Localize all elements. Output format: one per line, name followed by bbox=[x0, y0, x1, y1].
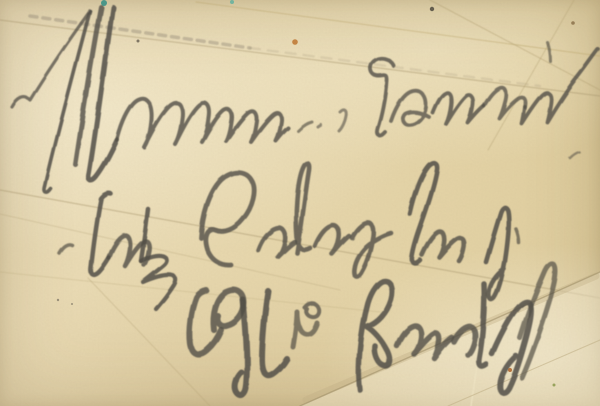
paper-grain-texture bbox=[0, 0, 600, 406]
photo-artwork bbox=[0, 0, 600, 406]
photo-of-handwritten-note: Bon souvenir le lieut Tabauley 29t Rondy bbox=[0, 0, 600, 406]
